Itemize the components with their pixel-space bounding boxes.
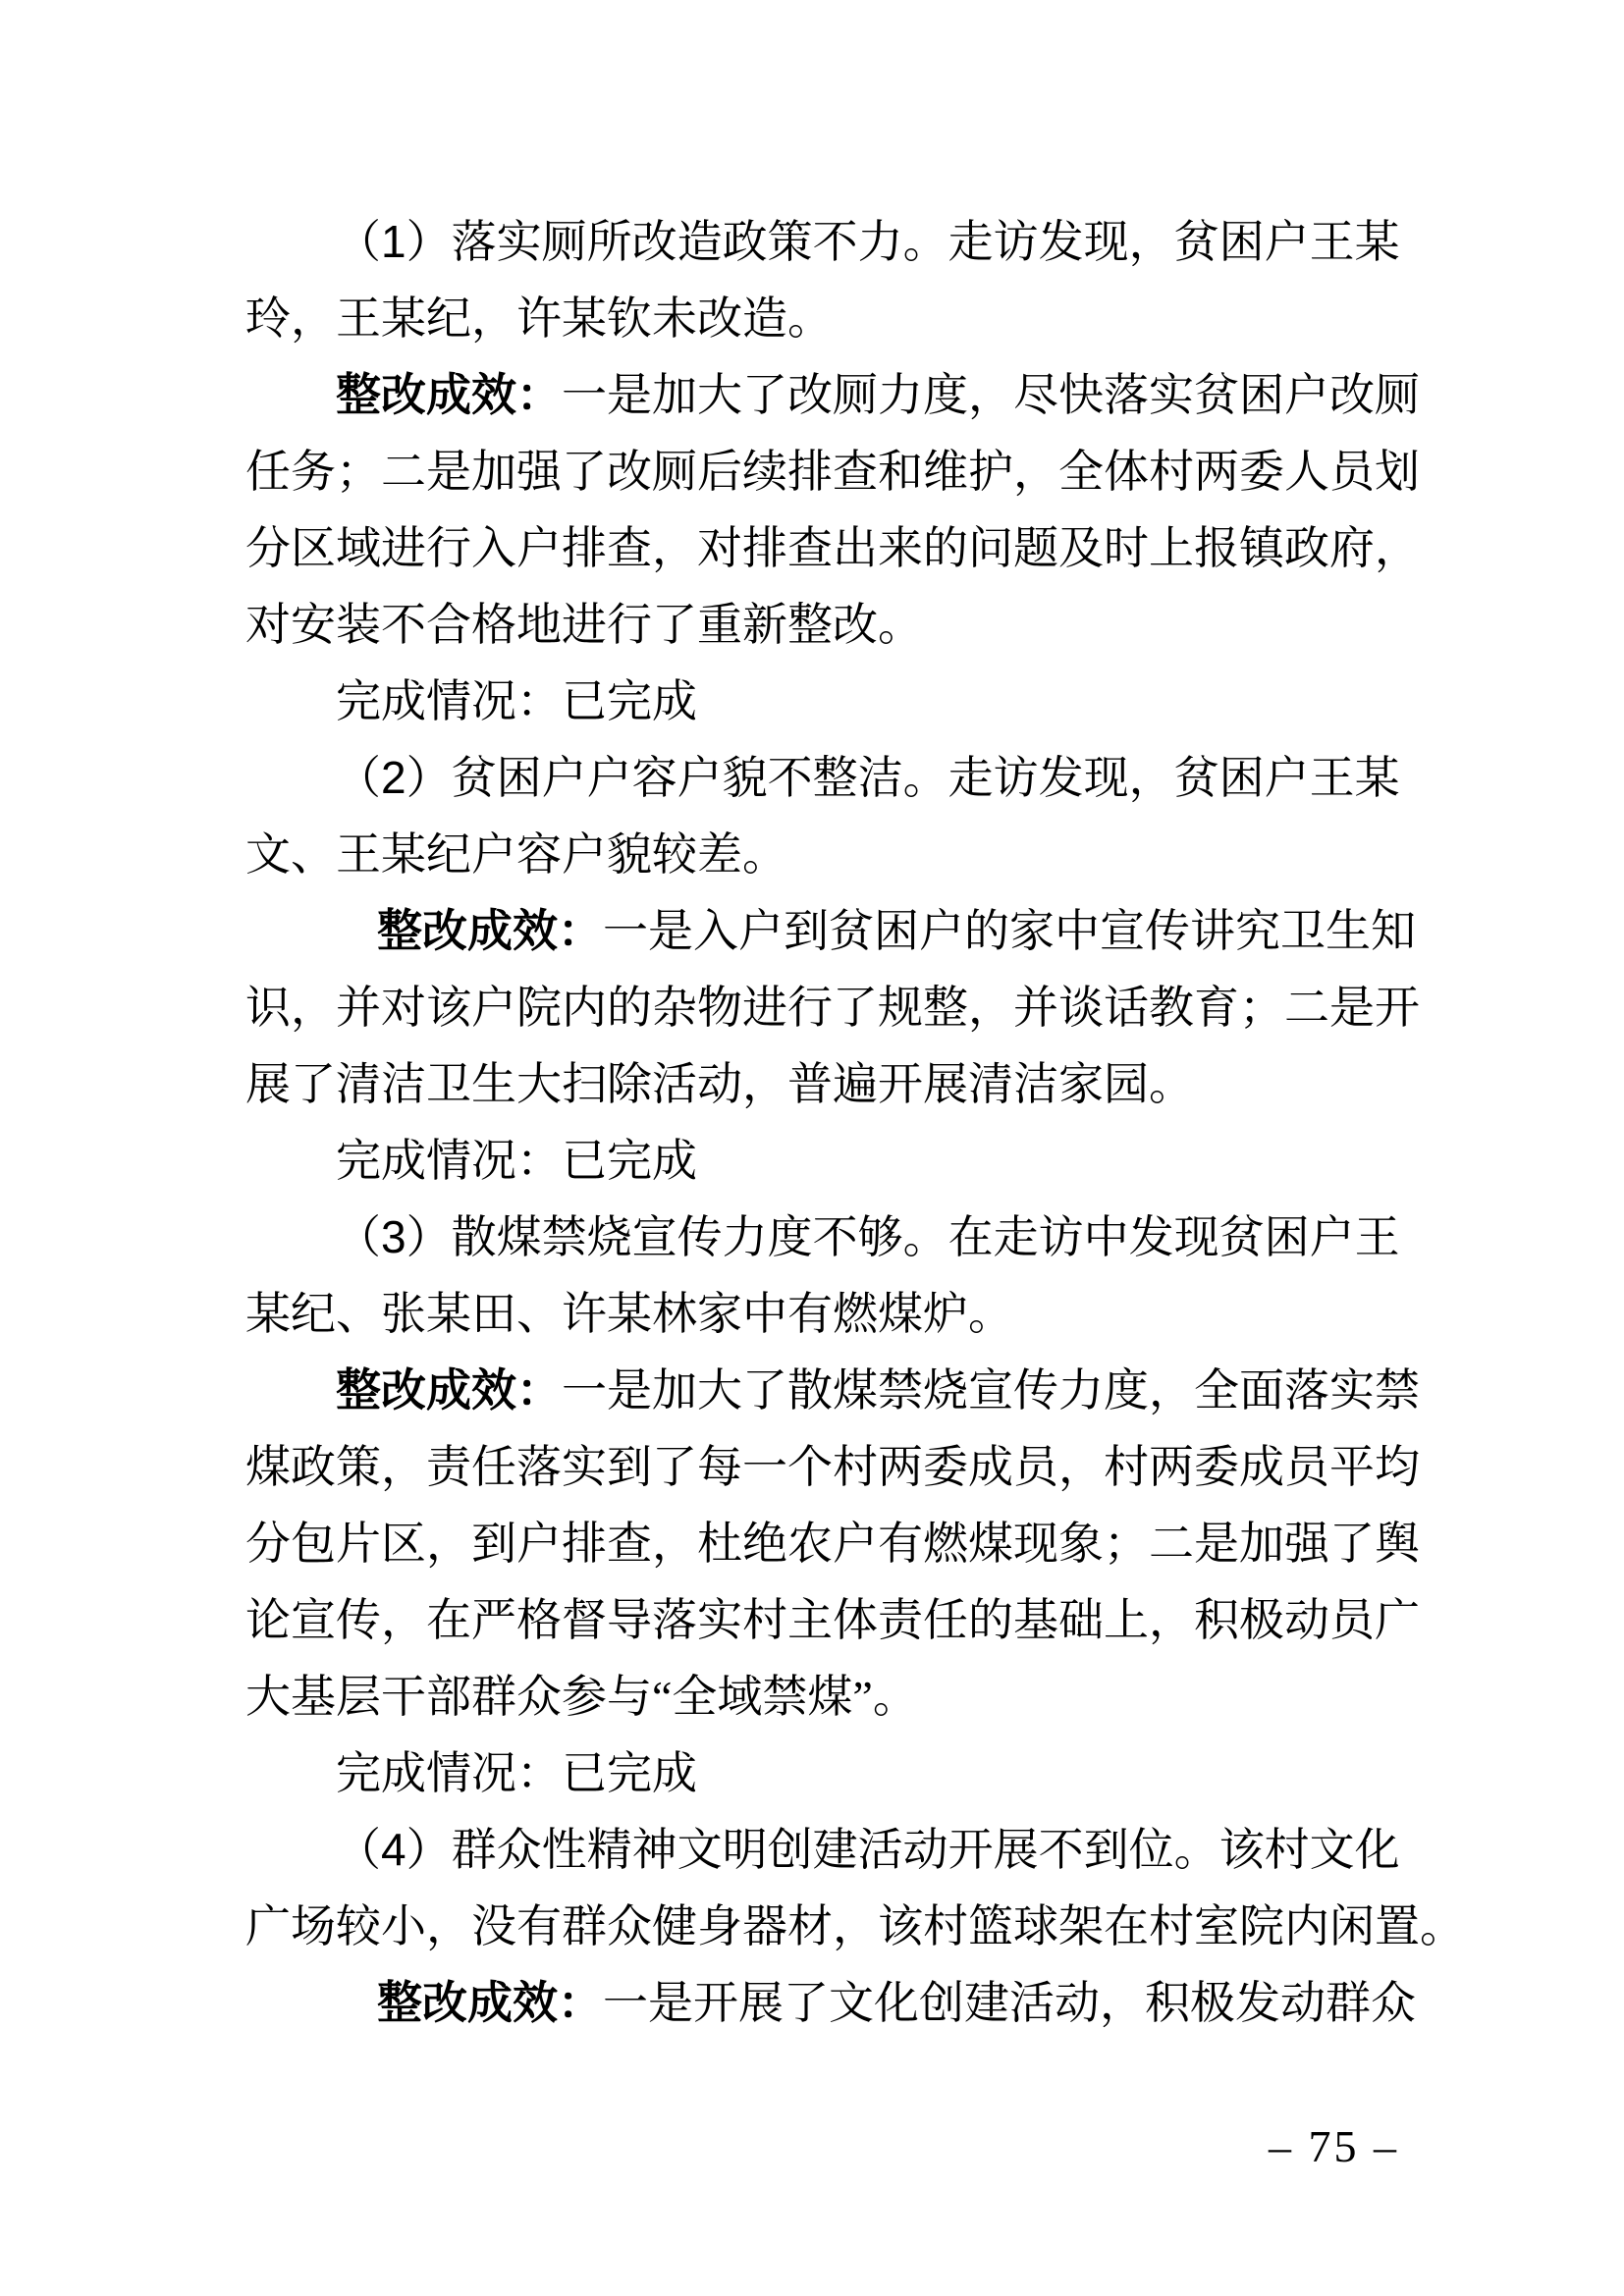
text-line: 大基层干部群众参与“全域禁煤”。 <box>245 1658 1384 1735</box>
body-text-run: 分区域进行入户排查，对排查出来的问题及时上报镇政府， <box>245 522 1420 573</box>
body-text-run: 玲，王某纪，许某钦未改造。 <box>245 293 833 344</box>
text-line: 分包片区，到户排查，杜绝农户有燃煤现象；二是加强了舆 <box>245 1505 1384 1581</box>
body-text-run: 文、王某纪户容户貌较差。 <box>245 828 787 880</box>
body-text-run: 某纪、张某田、许某林家中有燃煤炉。 <box>245 1288 1013 1339</box>
text-line: 文、王某纪户容户貌较差。 <box>245 816 1384 892</box>
body-text-run: 一是开展了文化创建活动，积极发动群众 <box>603 1977 1416 2028</box>
text-line: 完成情况：已完成 <box>245 1735 1384 1811</box>
text-line: 完成情况：已完成 <box>245 663 1384 739</box>
body-text-run: （1）落实厕所改造政策不力。走访发现，贫困户王某 <box>336 216 1400 267</box>
emphasis-label: 整改成效： <box>377 905 603 956</box>
text-line: 论宣传，在严格督导落实村主体责任的基础上，积极动员广 <box>245 1581 1384 1658</box>
kai-text-run: 论宣传，在严格督导落实村主体责任的基础上，积极动员广 <box>245 1595 1420 1645</box>
body-text-run: 展了清洁卫生大扫除活动，普遍开展清洁家园。 <box>245 1058 1194 1109</box>
body-text-run: 对安装不合格地进行了重新整改。 <box>245 599 923 650</box>
body-text-run: 一是加大了改厕力度，尽快落实贫困户改厕 <box>562 369 1420 420</box>
text-line: 整改成效：一是加大了改厕力度，尽快落实贫困户改厕 <box>245 356 1384 433</box>
body-text-run: （2）贫困户户容户貌不整洁。走访发现，贫困户王某 <box>336 752 1400 803</box>
body-text-run: （3）散煤禁烧宣传力度不够。在走访中发现贫困户王 <box>336 1211 1400 1262</box>
text-line: （3）散煤禁烧宣传力度不够。在走访中发现贫困户王 <box>245 1199 1384 1275</box>
text-line: （4）群众性精神文明创建活动开展不到位。该村文化 <box>245 1811 1384 1888</box>
document-page: （1）落实厕所改造政策不力。走访发现，贫困户王某玲，王某纪，许某钦未改造。整改成… <box>0 0 1624 2296</box>
body-text-run: 识，并对该户院内的杂物进行了规整，并谈话教育；二是开 <box>245 982 1420 1033</box>
body-text-run: 完成情况：已完成 <box>336 1747 697 1798</box>
text-line: （2）贫困户户容户貌不整洁。走访发现，贫困户王某 <box>245 739 1384 816</box>
text-line: 广场较小，没有群众健身器材，该村篮球架在村室院内闲置。 <box>245 1888 1384 1964</box>
kai-text-run: 大基层干部群众参与“全域禁煤”。 <box>245 1672 918 1722</box>
text-line: 整改成效：一是开展了文化创建活动，积极发动群众 <box>245 1964 1384 2041</box>
text-line: 展了清洁卫生大扫除活动，普遍开展清洁家园。 <box>245 1045 1384 1122</box>
kai-text-run: 加强了舆 <box>1239 1519 1420 1569</box>
text-line: 分区域进行入户排查，对排查出来的问题及时上报镇政府， <box>245 509 1384 586</box>
body-text-run: 完成情况：已完成 <box>336 675 697 726</box>
text-line: 某纪、张某田、许某林家中有燃煤炉。 <box>245 1275 1384 1352</box>
text-line: 对安装不合格地进行了重新整改。 <box>245 586 1384 663</box>
emphasis-label: 整改成效： <box>336 1364 562 1415</box>
emphasis-label: 整改成效： <box>336 369 562 420</box>
document-body: （1）落实厕所改造政策不力。走访发现，贫困户王某玲，王某纪，许某钦未改造。整改成… <box>245 203 1384 2041</box>
text-line: 整改成效：一是入户到贫困户的家中宣传讲究卫生知 <box>245 892 1384 969</box>
page-number: – 75 – <box>1269 2116 1399 2177</box>
body-text-run: 一是入户到贫困户的家中宣传讲究卫生知 <box>603 905 1416 956</box>
body-text-run: 任务；二是加强了改厕后续排查和维护，全体村两委人员划 <box>245 446 1420 497</box>
text-line: 玲，王某纪，许某钦未改造。 <box>245 280 1384 356</box>
text-line: （1）落实厕所改造政策不力。走访发现，贫困户王某 <box>245 203 1384 280</box>
body-text-run: 煤政策，责任落实到了每一个村两委成员，村两委成员平均 <box>245 1441 1420 1492</box>
text-line: 煤政策，责任落实到了每一个村两委成员，村两委成员平均 <box>245 1428 1384 1505</box>
body-text-run: 一是加大了散煤禁烧宣传力度，全面落实禁 <box>562 1364 1420 1415</box>
text-line: 整改成效：一是加大了散煤禁烧宣传力度，全面落实禁 <box>245 1352 1384 1428</box>
body-text-run: 分包片区，到户排查，杜绝农户有燃煤现象；二是 <box>245 1518 1239 1569</box>
body-text-run: 完成情况：已完成 <box>336 1135 697 1186</box>
text-line: 任务；二是加强了改厕后续排查和维护，全体村两委人员划 <box>245 433 1384 509</box>
body-text-run: 广场较小，没有群众健身器材，该村篮球架在村室院内闲置。 <box>245 1900 1465 1951</box>
text-line: 识，并对该户院内的杂物进行了规整，并谈话教育；二是开 <box>245 969 1384 1045</box>
emphasis-label: 整改成效： <box>377 1977 603 2028</box>
body-text-run: （4）群众性精神文明创建活动开展不到位。该村文化 <box>336 1824 1400 1875</box>
text-line: 完成情况：已完成 <box>245 1122 1384 1199</box>
